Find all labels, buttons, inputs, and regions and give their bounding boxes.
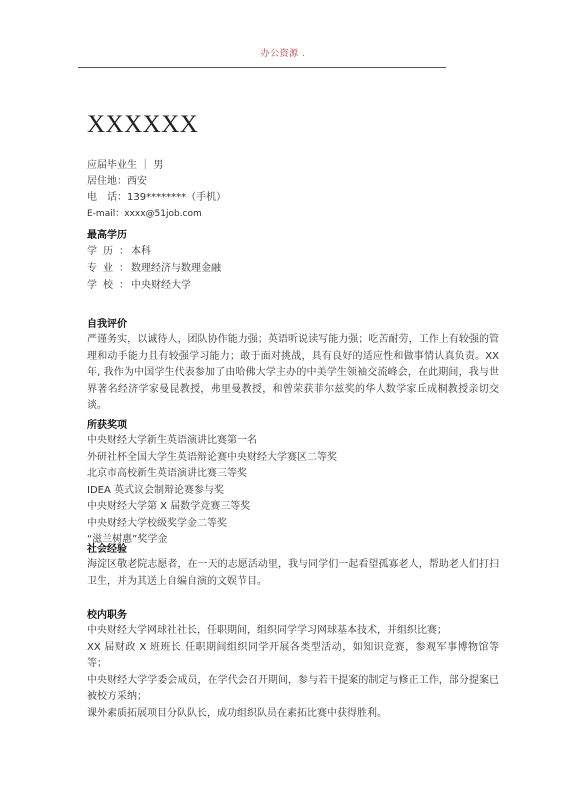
residence: 居住地：西安 bbox=[87, 174, 499, 190]
education-section: 最高学历 学历：本科 专业：数理经济与数理金融 学校：中央财经大学 bbox=[87, 228, 221, 294]
campus-position-item: 中央财经大学网球社社长，任职期间，组织同学学习网球基本技术，并组织比赛； bbox=[87, 623, 499, 640]
phone: 电 话：139********（手机） bbox=[87, 190, 499, 206]
award-item: 外研社杯全国大学生英语辩论赛中央财经大学赛区二等奖 bbox=[87, 450, 337, 467]
award-item: 中央财经大学校级奖学金二等奖 bbox=[87, 516, 337, 533]
education-degree-row: 学历：本科 bbox=[87, 243, 221, 260]
kv-key: 学历： bbox=[87, 243, 131, 260]
campus-positions-section: 校内职务 中央财经大学网球社社长，任职期间，组织同学学习网球基本技术，并组织比赛… bbox=[87, 608, 499, 722]
candidate-name: XXXXXX bbox=[87, 110, 499, 140]
kv-value: 数理经济与数理金融 bbox=[131, 263, 221, 274]
status-gender: 应届毕业生 ｜ 男 bbox=[87, 158, 499, 174]
awards-section: 所获奖项 中央财经大学新生英语演讲比赛第一名 外研社杯全国大学生英语辩论赛中央财… bbox=[87, 418, 337, 549]
award-item: 中央财经大学新生英语演讲比赛第一名 bbox=[87, 433, 337, 450]
education-major-row: 专业：数理经济与数理金融 bbox=[87, 260, 221, 277]
email: E-mail：xxxx@51job.com bbox=[87, 206, 499, 222]
page-header-watermark: 办公资源 . bbox=[0, 46, 566, 59]
section-title-campus-positions: 校内职务 bbox=[87, 608, 499, 623]
section-title-social-experience: 社会经验 bbox=[87, 542, 499, 557]
kv-value: 中央财经大学 bbox=[131, 280, 191, 291]
kv-key: 学校： bbox=[87, 277, 131, 294]
campus-position-item: 中央财经大学学委会成员，在学代会召开期间，参与若干提案的制定与修正工作，部分提案… bbox=[87, 673, 499, 706]
kv-key: 专业： bbox=[87, 260, 131, 277]
education-school-row: 学校：中央财经大学 bbox=[87, 277, 221, 294]
header-divider bbox=[78, 67, 446, 68]
section-title-education: 最高学历 bbox=[87, 228, 221, 243]
campus-position-item: 课外素质拓展项目分队队长，成功组织队员在素拓比赛中获得胜利。 bbox=[87, 706, 499, 723]
section-title-self-evaluation: 自我评价 bbox=[87, 317, 499, 332]
self-evaluation-section: 自我评价 严谨务实，以诚待人，团队协作能力强；英语听说读写能力强；吃苦耐劳，工作… bbox=[87, 317, 499, 415]
resume-body: XXXXXX 应届毕业生 ｜ 男 居住地：西安 电 话：139********（… bbox=[87, 110, 499, 222]
self-evaluation-text: 严谨务实，以诚待人，团队协作能力强；英语听说读写能力强；吃苦耐劳，工作上有较强的… bbox=[87, 332, 499, 415]
social-experience-text: 海淀区敬老院志愿者，在一天的志愿活动里，我与同学们一起看望孤寡老人，帮助老人们打… bbox=[87, 557, 499, 590]
award-item: 中央财经大学第 X 届数学竞赛三等奖 bbox=[87, 499, 337, 516]
social-experience-section: 社会经验 海淀区敬老院志愿者，在一天的志愿活动里，我与同学们一起看望孤寡老人，帮… bbox=[87, 542, 499, 590]
section-title-awards: 所获奖项 bbox=[87, 418, 337, 433]
kv-value: 本科 bbox=[131, 246, 151, 257]
award-item: 北京市高校新生英语演讲比赛三等奖 bbox=[87, 466, 337, 483]
profile-info: 应届毕业生 ｜ 男 居住地：西安 电 话：139********（手机） E-m… bbox=[87, 158, 499, 222]
award-item: IDEA 英式议会制辩论赛参与奖 bbox=[87, 483, 337, 500]
campus-position-item: XX 届财政 X 班班长 任职期间组织同学开展各类型活动，如知识竞赛，参观军事博… bbox=[87, 640, 499, 673]
